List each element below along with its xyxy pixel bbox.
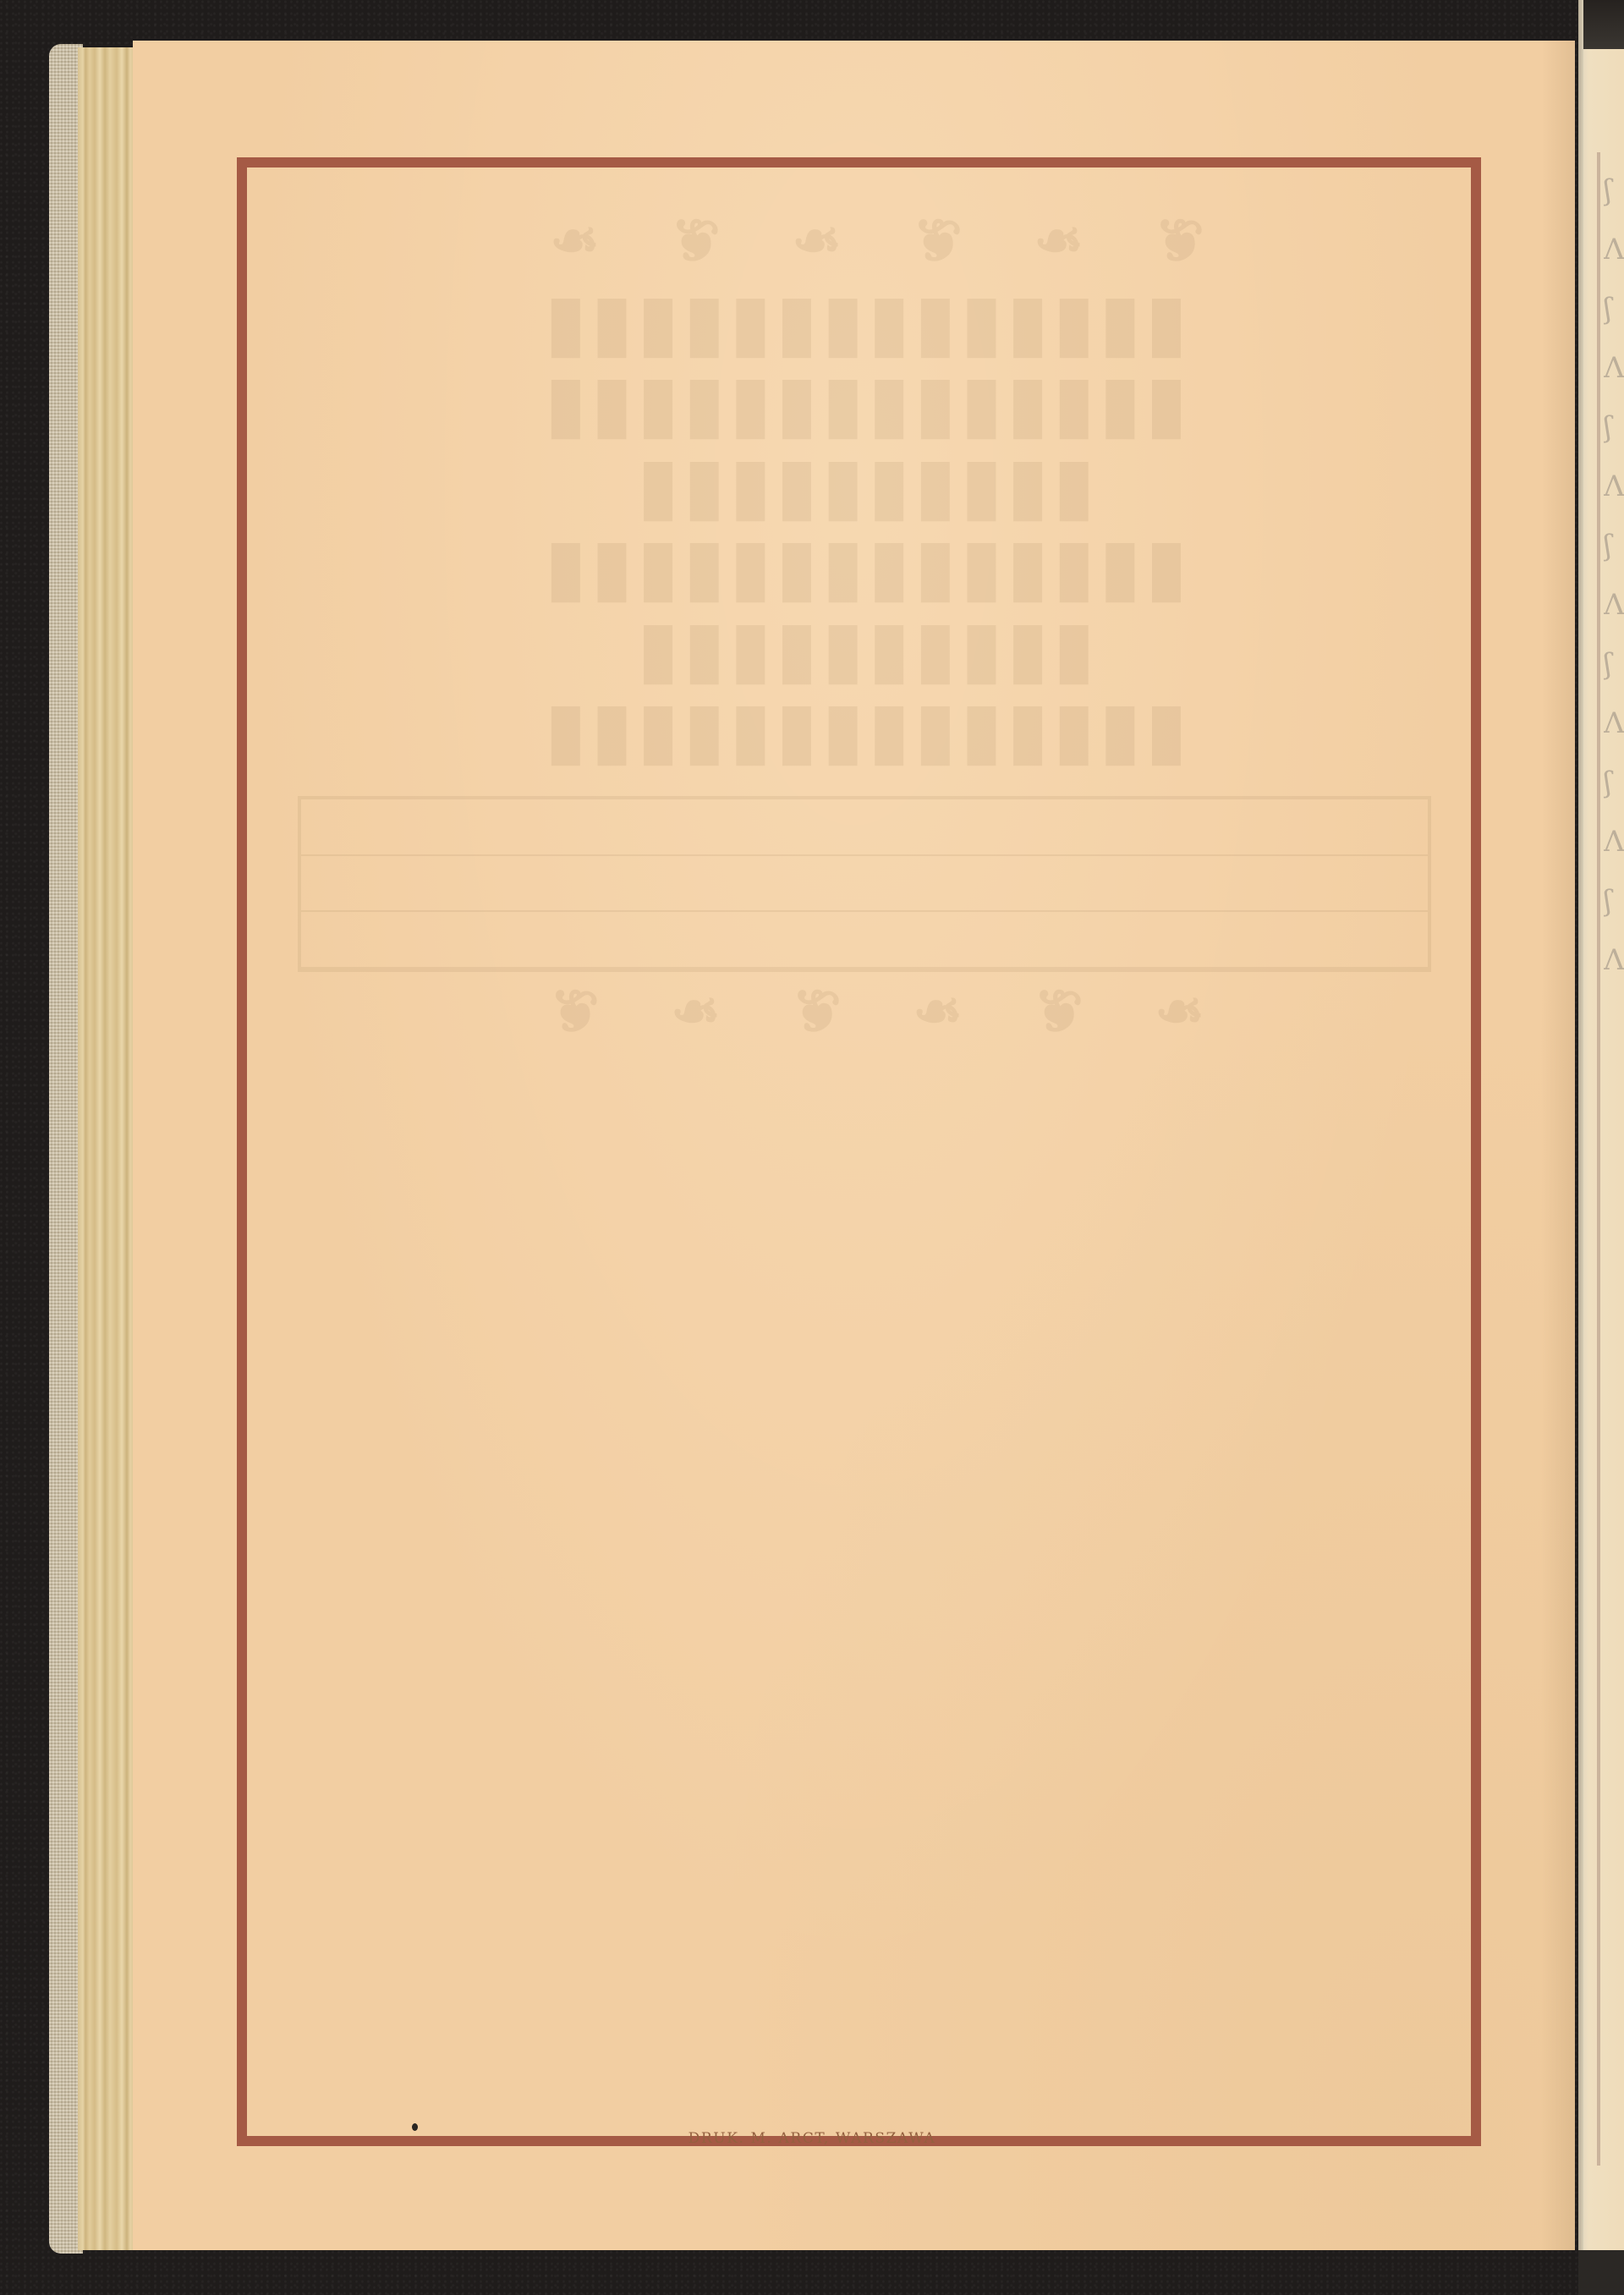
bleed-line: ▮▮▮▮▮▮▮▮▮▮▮▮▮▮ [298, 281, 1431, 363]
ornament-row-top: ❦ ❧ ❦ ❧ ❦ ❧ [298, 210, 1431, 272]
stacked-page-edges [78, 47, 134, 2250]
page-gutter-shadow [1541, 41, 1575, 2250]
book-page: ❦ ❧ ❦ ❧ ❦ ❧ ▮▮▮▮▮▮▮▮▮▮▮▮▮▮ ▮▮▮▮▮▮▮▮▮▮▮▮▮… [133, 41, 1575, 2250]
adjacent-page-ornament: ʃΛʃΛʃΛʃΛʃΛʃΛʃΛ [1604, 161, 1624, 1007]
ornament-row-bottom: ❧ ❦ ❧ ❦ ❧ ❦ [298, 980, 1431, 1043]
bleed-line: ▮▮▮▮▮▮▮▮▮▮ [298, 607, 1431, 689]
background-corner [1578, 0, 1624, 49]
bleed-line: ▮▮▮▮▮▮▮▮▮▮▮▮▮▮ [298, 689, 1431, 771]
decorative-frame-border: ❦ ❧ ❦ ❧ ❦ ❧ ▮▮▮▮▮▮▮▮▮▮▮▮▮▮ ▮▮▮▮▮▮▮▮▮▮▮▮▮… [237, 157, 1481, 2146]
printer-imprint: DRUK. M. ARCT, WARSZAWA [0, 2130, 1624, 2147]
background-corner [1578, 2250, 1624, 2295]
bleed-line: ▮▮▮▮▮▮▮▮▮▮ [298, 444, 1431, 526]
adjacent-page-frame [1597, 152, 1600, 2166]
adjacent-page-edge: ʃΛʃΛʃΛʃΛʃΛʃΛʃΛ [1578, 0, 1624, 2295]
bleed-table [298, 796, 1431, 972]
bleed-line: ▮▮▮▮▮▮▮▮▮▮▮▮▮▮ [298, 525, 1431, 607]
bleed-line: ▮▮▮▮▮▮▮▮▮▮▮▮▮▮ [298, 362, 1431, 444]
page-divider [1578, 0, 1583, 2295]
show-through-from-reverse: ❦ ❧ ❦ ❧ ❦ ❧ ▮▮▮▮▮▮▮▮▮▮▮▮▮▮ ▮▮▮▮▮▮▮▮▮▮▮▮▮… [298, 201, 1431, 980]
